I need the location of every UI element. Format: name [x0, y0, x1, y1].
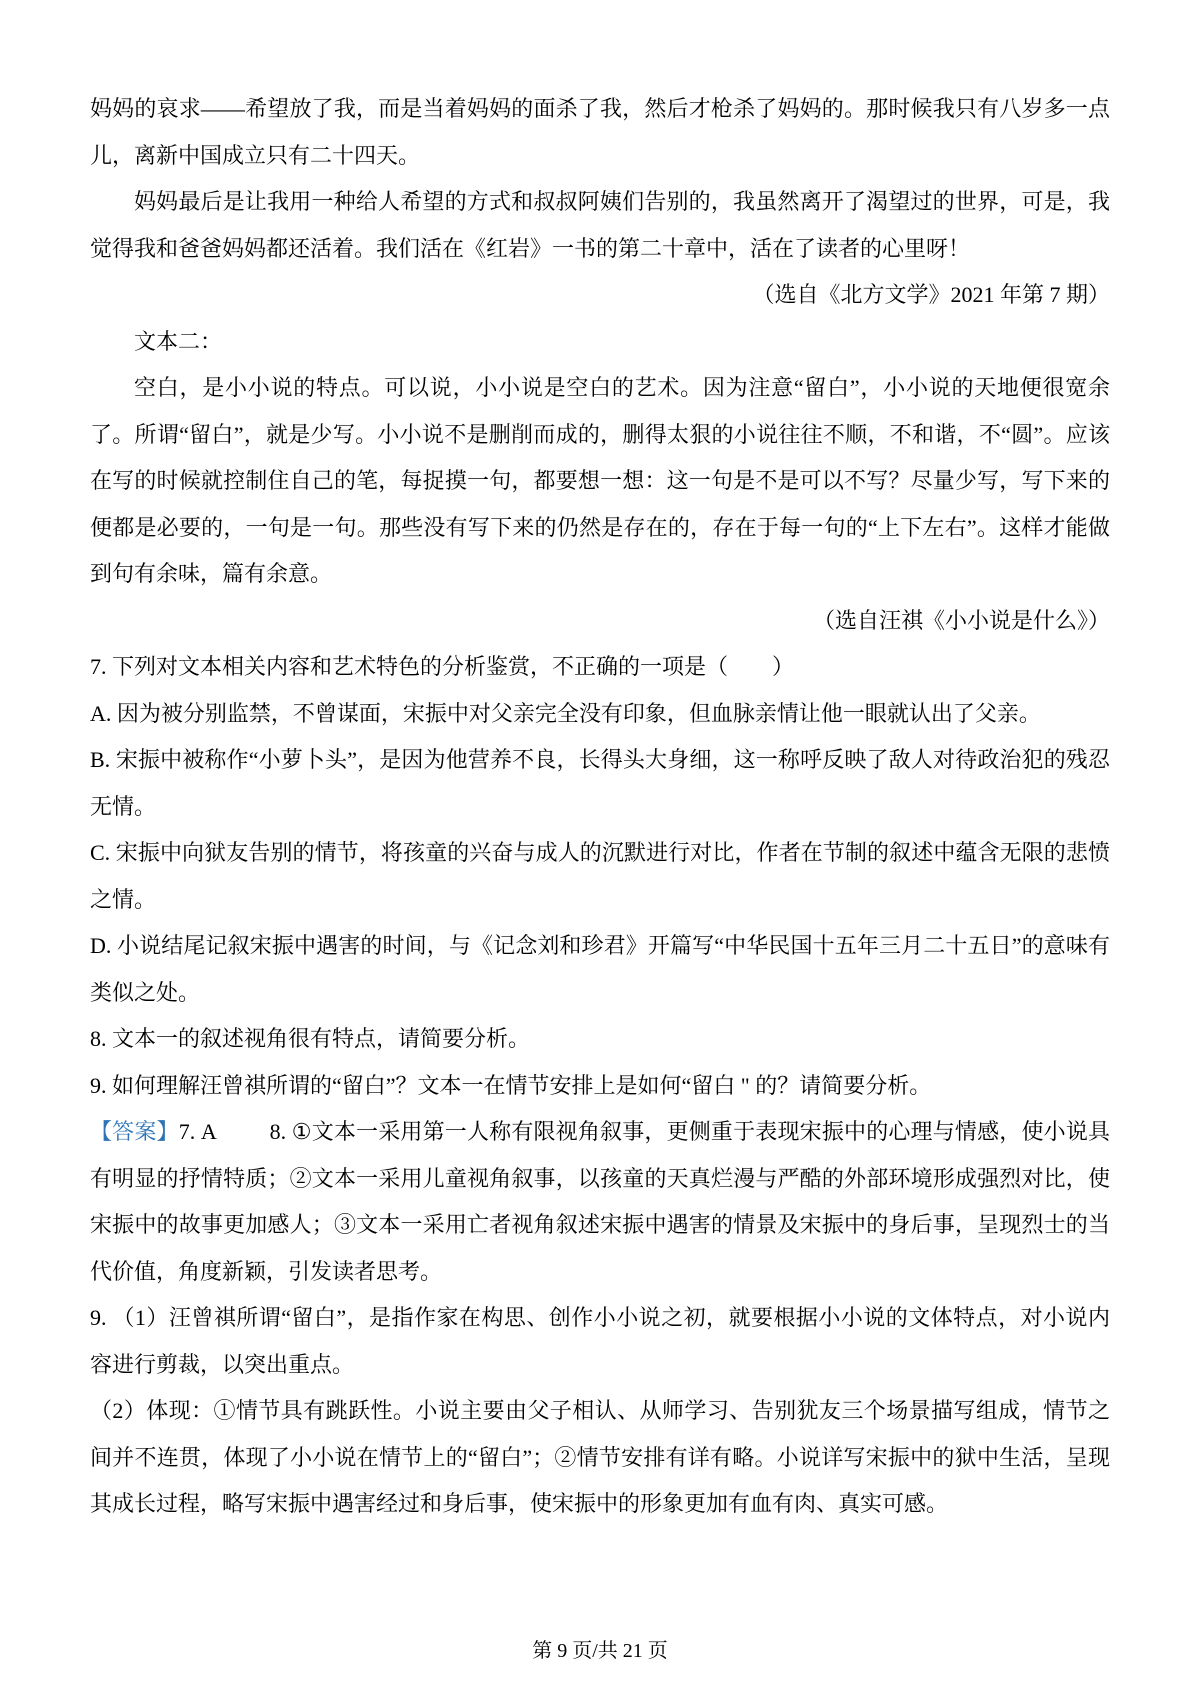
- passage1-source-attribution: （选自《北方文学》2021 年第 7 期）: [90, 272, 1110, 319]
- passage1-paragraph-continued: 妈妈的哀求——希望放了我，而是当着妈妈的面杀了我，然后才枪杀了妈妈的。那时候我只…: [90, 86, 1110, 179]
- passage2-body: 空白，是小小说的特点。可以说，小小说是空白的艺术。因为注意“留白”，小小说的天地…: [90, 365, 1110, 598]
- answer-7-value: 7. A: [179, 1119, 217, 1144]
- answer-9-part1: 9. （1）汪曾祺所谓“留白”，是指作家在构思、创作小小说之初，就要根据小小说的…: [90, 1295, 1110, 1388]
- answer-9-part2: （2）体现：①情节具有跳跃性。小说主要由父子相认、从师学习、告别犹友三个场景描写…: [90, 1388, 1110, 1528]
- exam-answer-page: 妈妈的哀求——希望放了我，而是当着妈妈的面杀了我，然后才枪杀了妈妈的。那时候我只…: [0, 0, 1200, 1698]
- question-8-stem: 8. 文本一的叙述视角很有特点，请简要分析。: [90, 1016, 1110, 1063]
- passage2-label: 文本二：: [90, 319, 1110, 366]
- question-7-option-d: D. 小说结尾记叙宋振中遇害的时间，与《记念刘和珍君》开篇写“中华民国十五年三月…: [90, 923, 1110, 1016]
- answer-label: 【答案】: [90, 1119, 179, 1144]
- question-7-option-b: B. 宋振中被称作“小萝卜头”，是因为他营养不良，长得头大身细，这一称呼反映了敌…: [90, 737, 1110, 830]
- question-7-option-a: A. 因为被分别监禁，不曾谋面，宋振中对父亲完全没有印象，但血脉亲情让他一眼就认…: [90, 691, 1110, 738]
- answer-line-7-8: 【答案】7. A8. ①文本一采用第一人称有限视角叙事，更侧重于表现宋振中的心理…: [90, 1109, 1110, 1295]
- answer-8-text: 8. ①文本一采用第一人称有限视角叙事，更侧重于表现宋振中的心理与情感，使小说具…: [90, 1119, 1110, 1284]
- passage1-paragraph-final: 妈妈最后是让我用一种给人希望的方式和叔叔阿姨们告别的，我虽然离开了渴望过的世界，…: [90, 179, 1110, 272]
- question-7-stem: 7. 下列对文本相关内容和艺术特色的分析鉴赏，不正确的一项是（ ）: [90, 644, 1110, 691]
- page-content: 妈妈的哀求——希望放了我，而是当着妈妈的面杀了我，然后才枪杀了妈妈的。那时候我只…: [90, 86, 1110, 1528]
- page-number-indicator: 第 9 页/共 21 页: [0, 1638, 1200, 1664]
- passage2-source-attribution: （选自汪祺《小小说是什么》）: [90, 598, 1110, 645]
- question-7-option-c: C. 宋振中向狱友告别的情节，将孩童的兴奋与成人的沉默进行对比，作者在节制的叙述…: [90, 830, 1110, 923]
- question-9-stem: 9. 如何理解汪曾祺所谓的“留白”？文本一在情节安排上是如何“留白 " 的？请简…: [90, 1063, 1110, 1110]
